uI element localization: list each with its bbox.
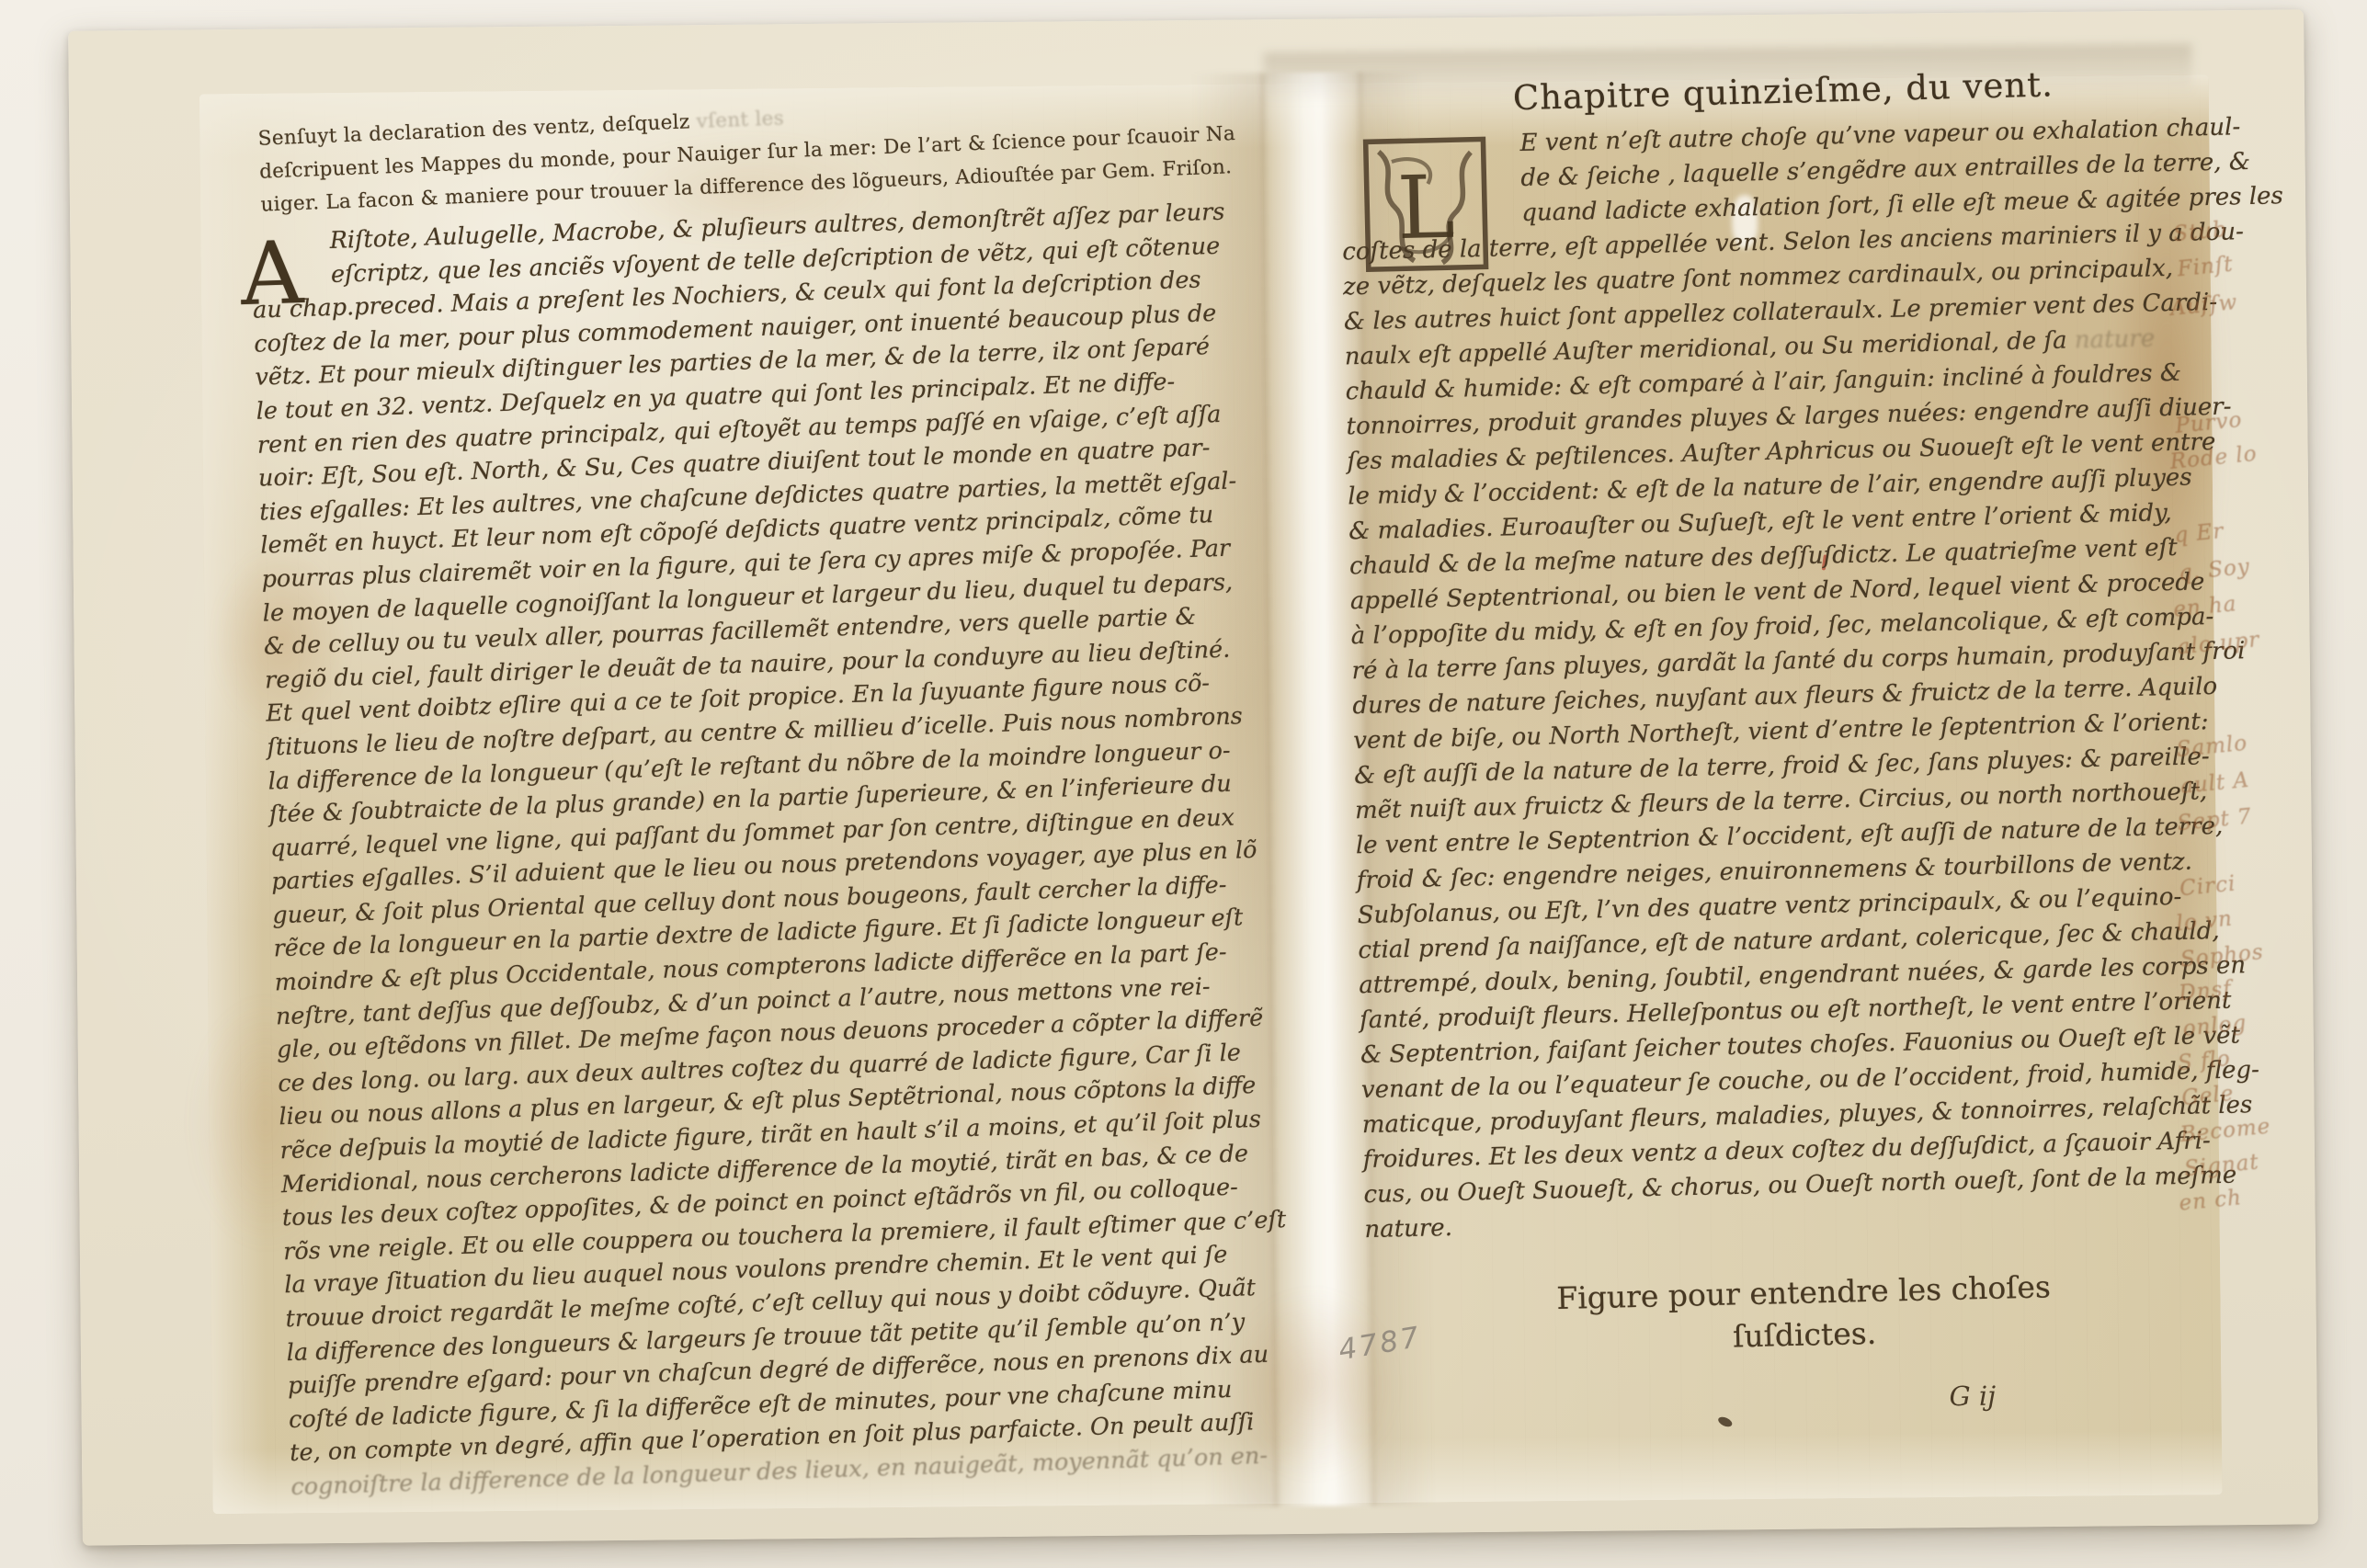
- svg-text:L: L: [1396, 157, 1456, 259]
- left-page-body-text: Riſtote, Aulugelle, Macrobe, & pluſieurs…: [250, 197, 1237, 1505]
- drop-cap-A: A: [239, 231, 304, 319]
- faded-text: vſent les: [696, 107, 784, 133]
- page-sheet: Senſuyt la declaration des ventz, deſque…: [68, 9, 2318, 1545]
- right-page-body: L E vent n’eſt autre choſe qu’vne vapeur…: [1339, 110, 2237, 1247]
- woodcut-initial-L: L: [1360, 134, 1491, 275]
- signature-mark: G ij: [1949, 1381, 1996, 1412]
- faded-text: nature: [2075, 324, 2156, 354]
- left-page-body: A Riſtote, Aulugelle, Macrobe, & pluſieu…: [250, 197, 1237, 1505]
- right-page-body-text: E vent n’eſt autre choſe qu’vne vapeur o…: [1339, 110, 2237, 1247]
